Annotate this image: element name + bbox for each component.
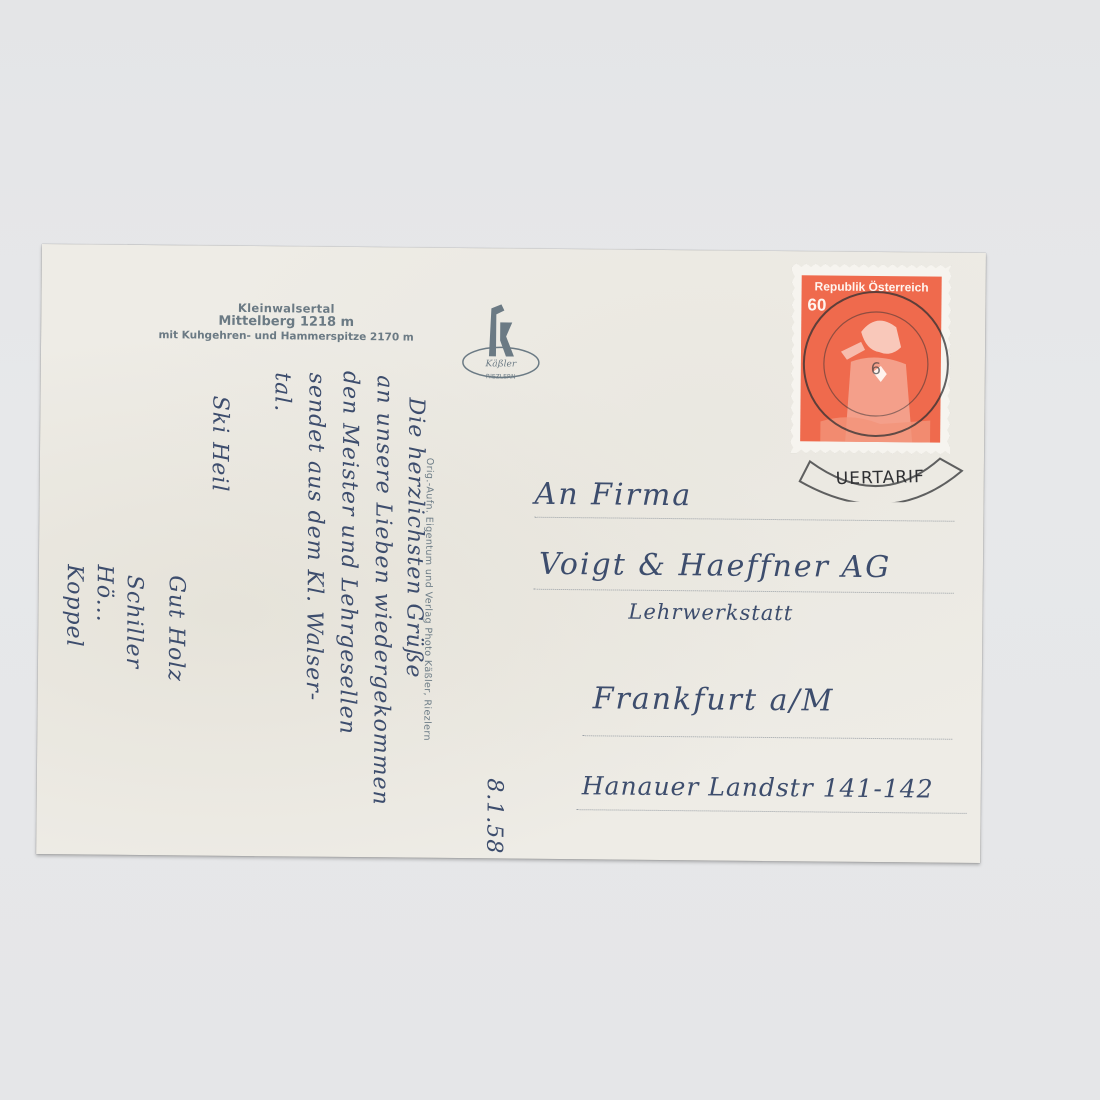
address-rule-1 bbox=[534, 517, 954, 522]
address-line-2: Voigt & Haeffner AG bbox=[539, 547, 892, 585]
logo-location: RIEZLERN bbox=[486, 373, 516, 380]
address-rule-2 bbox=[534, 589, 954, 594]
address-line-4: Frankfurt a/M bbox=[592, 681, 834, 718]
stamp-figure-icon bbox=[820, 301, 931, 442]
printed-caption: Kleinwalsertal Mittelberg 1218 m mit Kuh… bbox=[136, 301, 436, 344]
address-line-1: An Firma bbox=[534, 477, 692, 514]
message-line-2: an unsere Lieben wiedergekommen bbox=[368, 375, 397, 806]
publisher-logo-icon: Käßler RIEZLERN bbox=[456, 300, 547, 391]
message-line-9: Hö... bbox=[91, 564, 117, 622]
address-rule-3 bbox=[582, 735, 952, 740]
address-line-3: Lehrwerkstatt bbox=[628, 600, 793, 626]
address-line-5: Hanauer Landstr 141-142 bbox=[582, 771, 934, 803]
address-rule-4 bbox=[577, 809, 967, 814]
message-line-6: Ski Heil bbox=[207, 396, 233, 493]
message-line-3: den Meister und Lehrgesellen bbox=[334, 371, 362, 735]
message-line-7: Gut Holz bbox=[163, 575, 189, 682]
stamp-country: Republik Österreich bbox=[802, 279, 942, 294]
message-line-10: Koppel bbox=[61, 564, 87, 648]
postcard: Kleinwalsertal Mittelberg 1218 m mit Kuh… bbox=[36, 244, 986, 863]
postmark-label: UERTARIF bbox=[836, 467, 926, 489]
message-date: 8.1.58 bbox=[481, 778, 507, 854]
logo-name: Käßler bbox=[485, 359, 517, 369]
caption-line-3: mit Kuhgehren- und Hammerspitze 2170 m bbox=[136, 329, 436, 344]
message-line-5: tal. bbox=[269, 372, 294, 412]
postage-stamp: Republik Österreich 60 bbox=[790, 263, 952, 455]
stamp-image: Republik Österreich 60 bbox=[800, 275, 942, 442]
message-line-4: sendet aus dem Kl. Walser- bbox=[301, 373, 329, 702]
message-line-1: Die herzlichsten Grüße bbox=[401, 397, 429, 678]
message-line-8: Schiller bbox=[121, 575, 147, 669]
